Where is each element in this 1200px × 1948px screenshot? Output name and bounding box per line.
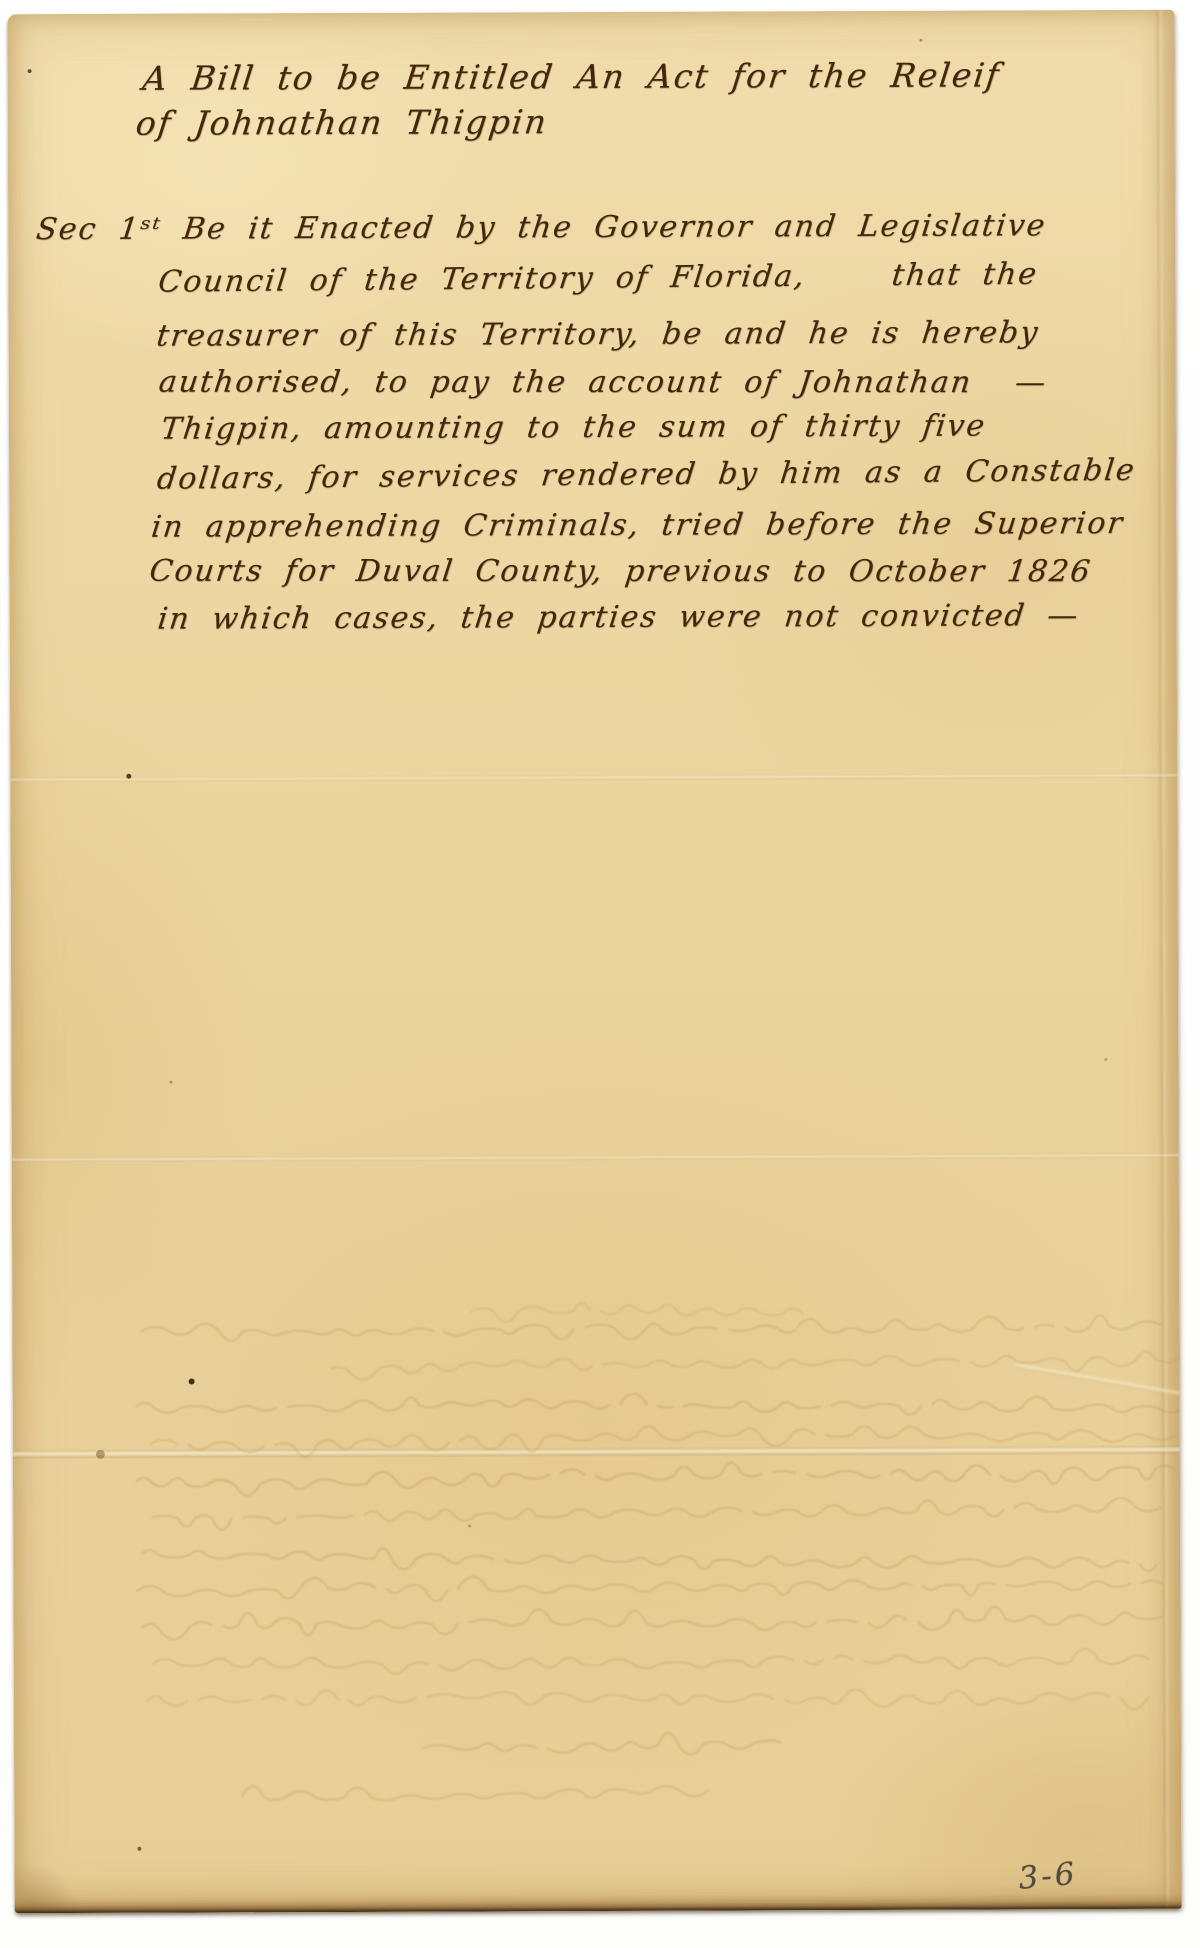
- manuscript-line: in which cases, the parties were not con…: [156, 598, 1082, 637]
- bleedthrough-line: [151, 1498, 1161, 1530]
- manuscript-line: dollars, for services rendered by him as…: [155, 453, 1138, 497]
- bleedthrough-line: [140, 1315, 1161, 1341]
- bleedthrough-line: [136, 1461, 1175, 1496]
- paper-speck: [169, 1081, 172, 1084]
- scanner-background: A Bill to be Entitled An Act for the Rel…: [0, 0, 1200, 1948]
- bleedthrough-line: [136, 1574, 1162, 1602]
- bleedthrough-line: [331, 1352, 1181, 1380]
- bleedthrough-line: [151, 1424, 1177, 1457]
- manuscript-line: treasurer of this Territory, be and he i…: [155, 315, 1042, 353]
- archival-page-number: 3-6: [1017, 1856, 1079, 1897]
- crease-diagonal-highlight: [1013, 1363, 1181, 1398]
- paper-speck: [189, 1379, 195, 1385]
- manuscript-line: Courts for Duval County, previous to Oct…: [148, 554, 1094, 590]
- bleedthrough-line: [147, 1687, 1159, 1713]
- bill-title-line-1: A Bill to be Entitled An Act for the Rel…: [141, 55, 1003, 97]
- bleedthrough-line: [470, 1302, 813, 1322]
- paper-speck: [28, 69, 32, 73]
- bleedthrough-line: [141, 1606, 1162, 1639]
- bleedthrough-line: [242, 1785, 708, 1801]
- bleedthrough-line: [141, 1545, 1157, 1575]
- manuscript-line: in apprehending Criminals, tried before …: [149, 506, 1126, 545]
- fold-crease-middle: [12, 1153, 1179, 1162]
- paper-speck: [1104, 1058, 1107, 1061]
- paper-speck: [137, 1847, 141, 1851]
- paper-speck: [468, 1524, 471, 1527]
- paper-speck: [96, 1450, 105, 1459]
- paper-speck: [919, 39, 922, 42]
- fold-crease-lower: [13, 1446, 1180, 1458]
- manuscript-line: Sec 1ˢᵗ Be it Enacted by the Governor an…: [34, 208, 1048, 247]
- fold-crease-upper: [10, 773, 1177, 782]
- paper-speck: [126, 774, 131, 779]
- bleedthrough-line: [422, 1732, 781, 1755]
- manuscript-line: Thigpin, amounting to the sum of thirty …: [159, 408, 988, 446]
- bill-title-line-2: of Johnathan Thigpin: [134, 102, 550, 143]
- manuscript-line: Council of the Territory of Florida, tha…: [156, 257, 1040, 300]
- document-page: A Bill to be Entitled An Act for the Rel…: [7, 10, 1181, 1913]
- manuscript-line: authorised, to pay the account of Johnat…: [157, 365, 1050, 400]
- bleedthrough-line: [136, 1392, 1182, 1418]
- bleedthrough-line: [152, 1648, 1149, 1674]
